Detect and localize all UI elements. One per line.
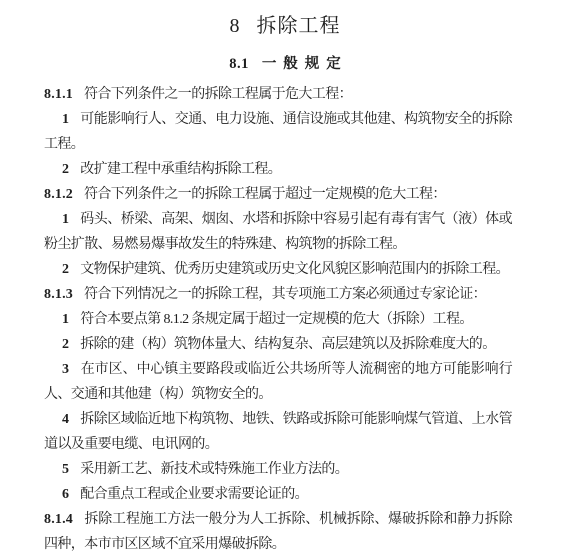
sub-item-text: 码头、桥梁、高架、烟囱、水塔和拆除中容易引起有毒有害气（液）体或粉尘扩散、易燃易… xyxy=(44,212,512,252)
sub-item-paragraph: 2文物保护建筑、优秀历史建筑或历史文化风貌区影响范围内的拆除工程。 xyxy=(44,257,512,282)
sub-item-text: 拆除的建（构）筑物体量大、结构复杂、高层建筑以及拆除难度大的。 xyxy=(80,337,495,352)
sub-item-paragraph: 1符合本要点第 8.1.2 条规定属于超过一定规模的危大（拆除）工程。 xyxy=(44,307,512,332)
clause-number: 8.1.4 xyxy=(44,512,73,527)
chapter-number: 8 xyxy=(230,15,241,37)
sub-item-text: 可能影响行人、交通、电力设施、通信设施或其他建、构筑物安全的拆除工程。 xyxy=(44,112,512,152)
sub-item-paragraph: 5采用新工艺、新技术或特殊施工作业方法的。 xyxy=(44,457,512,482)
sub-item-paragraph: 1码头、桥梁、高架、烟囱、水塔和拆除中容易引起有毒有害气（液）体或粉尘扩散、易燃… xyxy=(44,207,512,257)
clause-number: 8.1.1 xyxy=(44,87,73,102)
clause-paragraph: 8.1.2符合下列条件之一的拆除工程属于超过一定规模的危大工程： xyxy=(44,182,512,207)
sub-item-paragraph: 6配合重点工程或企业要求需要论证的。 xyxy=(44,482,512,507)
sub-item-number: 1 xyxy=(62,312,69,327)
clause-number: 8.1.3 xyxy=(44,287,73,302)
sub-item-paragraph: 2拆除的建（构）筑物体量大、结构复杂、高层建筑以及拆除难度大的。 xyxy=(44,332,512,357)
sub-item-paragraph: 3在市区、中心镇主要路段或临近公共场所等人流稠密的地方可能影响行人、交通和其他建… xyxy=(44,357,512,407)
sub-item-paragraph: 2改扩建工程中承重结构拆除工程。 xyxy=(44,157,512,182)
document-page: 8拆除工程 8.1一般规定 8.1.1符合下列条件之一的拆除工程属于危大工程：1… xyxy=(0,0,570,557)
chapter-title: 拆除工程 xyxy=(257,15,341,37)
sub-item-text: 拆除区域临近地下构筑物、地铁、铁路或拆除可能影响煤气管道、上水管道以及重要电缆、… xyxy=(44,412,512,452)
sub-item-number: 3 xyxy=(62,362,69,377)
clause-text: 符合下列情况之一的拆除工程，其专项施工方案必须通过专家论证： xyxy=(84,287,486,302)
sub-item-text: 配合重点工程或企业要求需要论证的。 xyxy=(80,487,308,502)
section-heading: 8.1一般规定 xyxy=(0,56,570,72)
clause-paragraph: 8.1.1符合下列条件之一的拆除工程属于危大工程： xyxy=(44,82,512,107)
sub-item-text: 改扩建工程中承重结构拆除工程。 xyxy=(80,162,281,177)
sub-item-number: 2 xyxy=(62,162,69,177)
clause-text: 符合下列条件之一的拆除工程属于危大工程： xyxy=(84,87,352,102)
sub-item-number: 2 xyxy=(62,262,69,277)
clause-paragraph: 8.1.3符合下列情况之一的拆除工程，其专项施工方案必须通过专家论证： xyxy=(44,282,512,307)
section-title: 一般规定 xyxy=(262,56,348,72)
sub-item-number: 5 xyxy=(62,462,69,477)
sub-item-number: 2 xyxy=(62,337,69,352)
sub-item-number: 4 xyxy=(62,412,69,427)
sub-item-text: 采用新工艺、新技术或特殊施工作业方法的。 xyxy=(80,462,348,477)
clause-text: 符合下列条件之一的拆除工程属于超过一定规模的危大工程： xyxy=(84,187,446,202)
sub-item-text: 在市区、中心镇主要路段或临近公共场所等人流稠密的地方可能影响行人、交通和其他建（… xyxy=(44,362,512,402)
sub-item-text: 文物保护建筑、优秀历史建筑或历史文化风貌区影响范围内的拆除工程。 xyxy=(80,262,509,277)
sub-item-number: 6 xyxy=(62,487,69,502)
clause-paragraph: 8.1.4拆除工程施工方法一般分为人工拆除、机械拆除、爆破拆除和静力拆除四种，本… xyxy=(44,507,512,557)
sub-item-paragraph: 4拆除区域临近地下构筑物、地铁、铁路或拆除可能影响煤气管道、上水管道以及重要电缆… xyxy=(44,407,512,457)
document-body: 8.1.1符合下列条件之一的拆除工程属于危大工程：1可能影响行人、交通、电力设施… xyxy=(44,82,512,557)
chapter-heading: 8拆除工程 xyxy=(0,0,570,39)
clause-text: 拆除工程施工方法一般分为人工拆除、机械拆除、爆破拆除和静力拆除四种，本市市区区域… xyxy=(44,512,512,552)
sub-item-paragraph: 1可能影响行人、交通、电力设施、通信设施或其他建、构筑物安全的拆除工程。 xyxy=(44,107,512,157)
sub-item-text: 符合本要点第 8.1.2 条规定属于超过一定规模的危大（拆除）工程。 xyxy=(80,312,473,327)
sub-item-number: 1 xyxy=(62,112,69,127)
sub-item-number: 1 xyxy=(62,212,69,227)
clause-number: 8.1.2 xyxy=(44,187,73,202)
section-number: 8.1 xyxy=(229,56,249,72)
